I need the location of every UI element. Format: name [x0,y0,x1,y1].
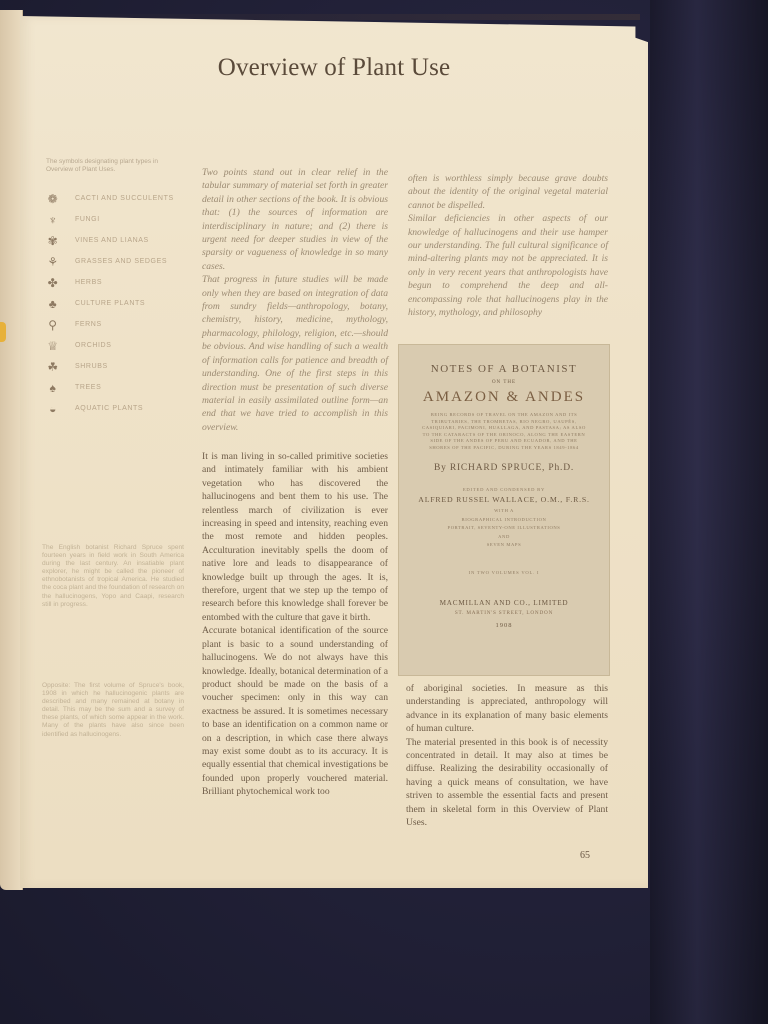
plate-volumes: IN TWO VOLUMES VOL. I [399,570,609,575]
plate-extra-line: SEVEN MAPS [399,541,609,550]
page-title: Overview of Plant Use [20,54,648,82]
bookmark-tab [0,322,6,342]
paragraph: Two points stand out in clear relief in … [202,166,388,273]
plate-on-the: ON THE [399,380,609,385]
legend-label: Culture Plants [75,300,145,308]
paragraph: of aboriginal societies. In measure as t… [406,682,608,736]
background-cloth-fold [650,0,768,1024]
cultivated-plants-icon: ♣ [46,297,60,311]
legend-item: ✤ Herbs [46,272,206,293]
plate-extra-line: AND [399,533,609,542]
plate-author: By RICHARD SPRUCE, Ph.D. [399,463,609,473]
herbs-icon: ✤ [46,276,60,290]
paragraph: often is worthless simply because grave … [408,172,608,212]
right-column-top: often is worthless simply because grave … [408,172,608,319]
plate-description: Being records of travel on the Amazon an… [419,412,589,451]
left-page-edge [0,10,23,890]
legend-label: Grasses and Sedges [75,258,167,266]
legend-label: Cacti and Succulents [75,195,174,203]
trees-icon: ♠ [46,381,60,395]
plate-address: ST. MARTIN'S STREET, LONDON [399,610,609,616]
plate-publisher: MACMILLAN AND CO., LIMITED [399,599,609,607]
legend-label: Vines and Lianas [75,237,149,245]
plate-main-title: AMAZON & ANDES [399,389,609,406]
paragraph: The material presented in this book is o… [406,736,608,830]
legend-item: ⚘ Grasses and Sedges [46,251,206,272]
legend-label: Ferns [75,321,102,329]
ferns-icon: ⚲ [46,318,60,332]
middle-column-upper: Two points stand out in clear relief in … [202,166,388,434]
plant-type-legend: ❁ Cacti and Succulents ♆ Fungi ✾ Vines a… [46,188,206,419]
legend-label: Aquatic Plants [75,405,143,413]
legend-item: ♆ Fungi [46,209,206,230]
legend-caption: The symbols designating plant types in O… [46,158,186,174]
legend-item: ♠ Trees [46,377,206,398]
spruce-caption: The English botanist Richard Spruce spen… [42,544,184,609]
middle-column-lower: It is man living in so-called primitive … [202,450,388,799]
grasses-icon: ⚘ [46,255,60,269]
paragraph: Accurate botanical identification of the… [202,624,388,798]
paragraph: Similar deficiencies in other aspects of… [408,212,608,319]
plate-extras: WITH A BIOGRAPHICAL INTRODUCTION PORTRAI… [399,507,609,550]
plate-extra-line: BIOGRAPHICAL INTRODUCTION [399,516,609,525]
plate-heading: NOTES OF A BOTANIST [399,363,609,375]
paragraph: It is man living in so-called primitive … [202,450,388,624]
legend-item: ◒ Aquatic Plants [46,398,206,419]
plate-editor: ALFRED RUSSEL WALLACE, O.M., F.R.S. [399,495,609,504]
plate-edited-by: EDITED AND CONDENSED BY [399,487,609,492]
paragraph: That progress in future studies will be … [202,273,388,434]
right-column-bottom: of aboriginal societies. In measure as t… [406,682,608,829]
legend-item: ♣ Culture Plants [46,293,206,314]
page-number: 65 [580,850,590,861]
legend-label: Herbs [75,279,102,287]
legend-item: ❁ Cacti and Succulents [46,188,206,209]
legend-label: Orchids [75,342,111,350]
legend-item: ⚲ Ferns [46,314,206,335]
title-page-facsimile: NOTES OF A BOTANIST ON THE AMAZON & ANDE… [398,344,610,676]
aquatic-plants-icon: ◒ [46,402,60,416]
book-page: Overview of Plant Use The symbols design… [20,16,648,888]
legend-label: Shrubs [75,363,108,371]
legend-label: Fungi [75,216,100,224]
legend-item: ♕ Orchids [46,335,206,356]
legend-item: ✾ Vines and Lianas [46,230,206,251]
cactus-icon: ❁ [46,192,60,206]
plate-extra-line: PORTRAIT, SEVENTY-ONE ILLUSTRATIONS [399,524,609,533]
orchids-icon: ♕ [46,339,60,353]
plate-extra-line: WITH A [399,507,609,516]
legend-label: Trees [75,384,101,392]
shrubs-icon: ☘ [46,360,60,374]
fungi-icon: ♆ [46,213,60,227]
legend-item: ☘ Shrubs [46,356,206,377]
opposite-caption: Opposite: The first volume of Spruce's b… [42,682,184,739]
vines-icon: ✾ [46,234,60,248]
plate-year: 1908 [399,622,609,629]
